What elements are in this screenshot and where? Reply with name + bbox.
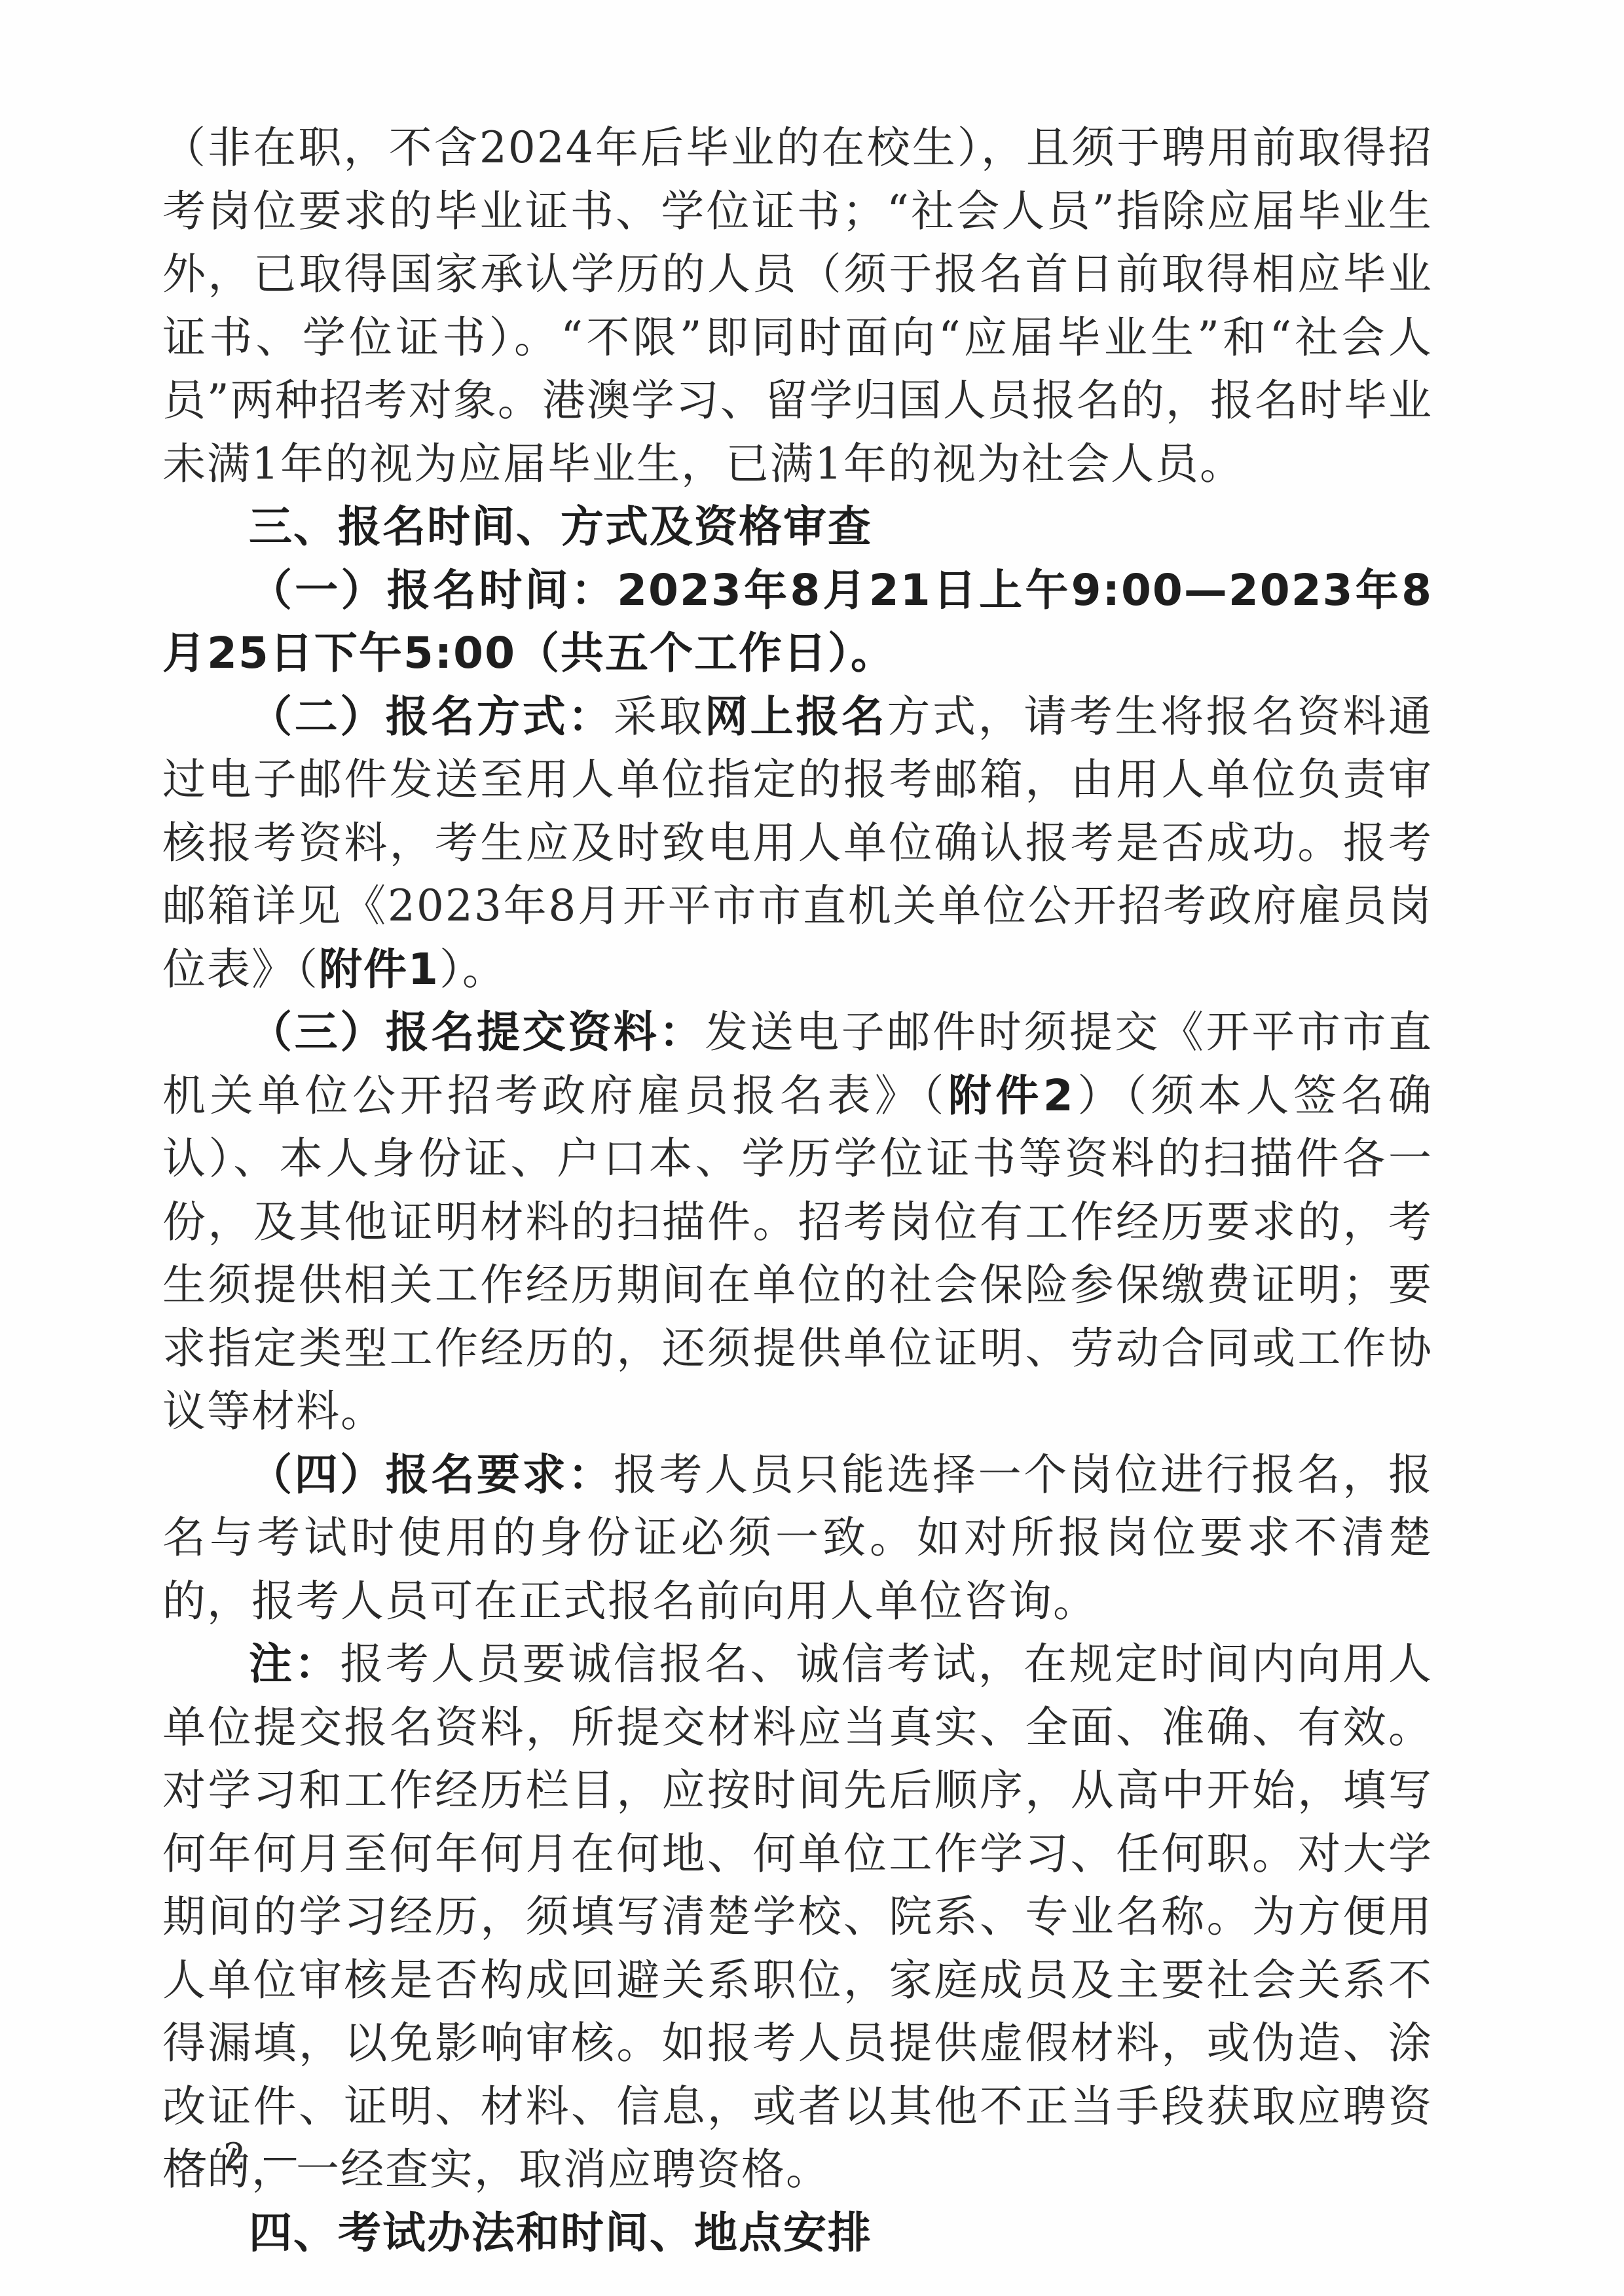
attachment-1-reference: 附件1 <box>319 944 439 994</box>
note-text: 报考人员要诚信报名、诚信考试，在规定时间内向用人单位提交报名资料，所提交材料应当… <box>162 1639 1433 2195</box>
paragraph-continuation: （非在职，不含2024年后毕业的在校生），且须于聘用前取得招考岗位要求的毕业证书… <box>162 117 1433 496</box>
item-registration-method: （二）报名方式：采取网上报名方式，请考生将报名资料通过电子邮件发送至用人单位指定… <box>162 685 1433 1002</box>
document-body: （非在职，不含2024年后毕业的在校生），且须于聘用前取得招考岗位要求的毕业证书… <box>162 117 1433 2265</box>
item-submission-materials-label: （三）报名提交资料： <box>249 1007 705 1057</box>
note-label: 注： <box>249 1639 340 1689</box>
note-paragraph: 注：报考人员要诚信报名、诚信考试，在规定时间内向用人单位提交报名资料，所提交材料… <box>162 1633 1433 2202</box>
section-heading-3: 三、报名时间、方式及资格审查 <box>162 496 1433 559</box>
online-registration-emphasis: 网上报名 <box>705 691 887 742</box>
page-number: — 2 — <box>172 2136 301 2177</box>
document-page: （非在职，不含2024年后毕业的在校生），且须于聘用前取得招考岗位要求的毕业证书… <box>0 0 1624 2296</box>
section-heading-4: 四、考试办法和时间、地点安排 <box>162 2202 1433 2265</box>
item-registration-requirements-label: （四）报名要求： <box>249 1449 614 1500</box>
item-submission-materials: （三）报名提交资料：发送电子邮件时须提交《开平市市直机关单位公开招考政府雇员报名… <box>162 1001 1433 1444</box>
item-submission-materials-text-b: ）（须本人签名确认）、本人身份证、户口本、学历学位证书等资料的扫描件各一份，及其… <box>162 1070 1433 1437</box>
item-registration-method-label: （二）报名方式： <box>249 691 614 742</box>
item-registration-method-text-a: 采取 <box>614 691 705 742</box>
item-registration-time: （一）报名时间：2023年8月21日上午9:00—2023年8月25日下午5:0… <box>162 559 1433 685</box>
attachment-2-reference: 附件2 <box>948 1070 1075 1121</box>
item-registration-requirements: （四）报名要求：报考人员只能选择一个岗位进行报名，报名与考试时使用的身份证必须一… <box>162 1444 1433 1633</box>
item-registration-method-text-c: ）。 <box>439 944 507 994</box>
